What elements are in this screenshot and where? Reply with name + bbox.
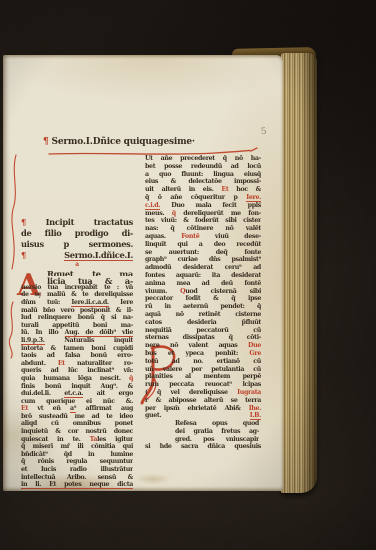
text-line: c.i.d. Duo mala fecit pplś: [145, 202, 261, 210]
pencil-foliation-mark: 5: [260, 127, 267, 138]
text-line: r & abiposse alterū se terra: [145, 397, 261, 405]
body-text: Incipit tractatus: [46, 217, 133, 227]
body-text: eius & delectatōe impossi-: [145, 178, 261, 185]
body-text: graph⁹ curiae dn̄s psalmist⁹: [145, 256, 261, 263]
body-text: q̄ rōnis regula sequuntur: [21, 458, 133, 465]
rubric-pilcrow-icon: ¶: [43, 137, 49, 147]
running-header-title: Sermo.I.Dñice quiquagesime·: [52, 137, 195, 147]
body-text: Abi&: [225, 405, 241, 412]
body-text: sternas dissipatas q̄ cōti-: [145, 334, 261, 341]
body-text: fontes aquarū: ita desiderat: [145, 272, 261, 279]
body-text: naturaliter ro-: [65, 360, 133, 367]
rubricated-text: Gre: [249, 350, 261, 357]
text-line: ¶ Sermo.I.dñice.I.: [21, 250, 133, 261]
body-text: cum querique ei nūc &.: [21, 398, 133, 405]
text-line: eius & delectatōe impossi-: [145, 178, 261, 186]
body-text: nequitiā peccatorū cū: [145, 327, 261, 334]
text-line: in li. Et potes neque dicta: [21, 481, 133, 489]
text-line: uisus p sermones.: [21, 239, 133, 250]
text-line: Refesa opus quod: [175, 420, 259, 428]
rubricated-text: a: [75, 261, 79, 268]
body-text: [161, 412, 249, 419]
body-text: se auertunt: deq̄ fonte: [145, 249, 261, 256]
text-line: nas: q̄ cōtinere nō valēt: [145, 225, 261, 233]
text-line: Et vt eñ a⁹ affirmat aug: [21, 405, 133, 413]
text-line: uit alterū in eis. Et hoc &: [145, 186, 261, 194]
text-line: ¶ Incipit tractatus: [21, 217, 133, 228]
body-text: les igitur: [97, 436, 133, 443]
body-text: Aug. de dōib⁹ vlie: [65, 329, 133, 337]
body-text: ait ergo: [83, 390, 133, 397]
text-line: viuum. Quod cisternā sibi: [145, 288, 261, 296]
text-line: de filio prodigo di-: [21, 228, 133, 239]
body-text: lū. In illo: [21, 329, 65, 336]
body-text: dei gratia fretus ag-: [175, 428, 259, 435]
text-line: cum querique ei nūc &.: [21, 398, 133, 406]
body-text: aquas.: [145, 233, 181, 240]
text-line: gred. pos vniuscapir: [175, 436, 259, 444]
body-text: admodū desiderat ceru⁹ ad: [145, 264, 261, 271]
text-line: aliqd cū omnibus ponet: [21, 420, 133, 428]
text-line: lū. In illo Aug. de dōib⁹ vlie: [21, 329, 133, 337]
body-text: r & abiposse alterū se terra: [145, 397, 261, 404]
text-line: dei gratia fretus ag-: [175, 428, 259, 436]
text-line: de sç maliū & te dereliquisse: [21, 291, 133, 299]
text-line: peccator fodit & q̄ ipse: [145, 295, 261, 303]
rubricated-text: Et: [58, 360, 65, 367]
text-line: intorta & tamen boni cupidi: [21, 345, 133, 353]
body-text: uit alterū in eis.: [145, 186, 221, 193]
rubricated-text: I.B.: [250, 412, 261, 420]
body-text: Naturalis inquit: [45, 337, 133, 344]
text-column-left: ¶ Incipit tractatusde filio prodigo di-u…: [21, 217, 133, 489]
body-text: li.9.p.3.: [21, 337, 45, 345]
body-text: nas: q̄ cōtinere nō valēt: [145, 225, 261, 232]
body-text: uod cisternā sibi: [185, 288, 261, 295]
rubricated-text: Due: [248, 342, 261, 349]
text-line: dn̄m tuū: Iere.ii.c.a.d. Iere: [21, 299, 133, 307]
body-text: peccator fodit & q̄ ipse: [145, 295, 261, 302]
text-line: nere nō valent aquas Due: [145, 342, 261, 350]
body-text: totū ad no. ertianō cū: [145, 358, 261, 365]
text-line: graph⁹ curiae dn̄s psalmist⁹: [145, 256, 261, 264]
body-text: Sermo.I.dñice.I.: [64, 250, 133, 261]
text-line: q̄ miserī mr̄ ili cōmitia qui: [21, 443, 133, 451]
text-line: a: [21, 261, 133, 269]
body-text: Iere.ii.c.a.d.: [71, 299, 108, 307]
body-text: Aug⁹.: [101, 383, 118, 391]
body-text: q̄ ō an̄e cōqueritur p: [145, 194, 246, 201]
body-text: Aribo. sensū &: [67, 474, 133, 482]
body-text: lud relinquere bonū q̄ si na-: [21, 314, 133, 321]
text-line: intellectuā Aribo. sensū &: [21, 474, 133, 482]
text-line: abdunt. Et naturaliter ro-: [21, 360, 133, 368]
text-line: admodū desiderat ceru⁹ ad: [145, 264, 261, 272]
text-line: fontes aquarū: ita desiderat: [145, 272, 261, 280]
body-text: licia tua & a-: [47, 276, 133, 284]
body-text: intorta & tamen boni cupidi: [21, 345, 133, 352]
body-text: q̄ miserī mr̄ ili cōmitia qui: [21, 443, 133, 450]
body-text: et.c.a.: [64, 390, 83, 398]
text-line: si hde sacra dñica quesiuis: [145, 443, 261, 451]
margin-flourish-top: [8, 153, 22, 273]
body-text: ( q̄ vel dereliquisse: [145, 389, 237, 396]
text-line: se auertunt: deq̄ fonte: [145, 249, 261, 257]
body-text: dui.del.li.: [21, 390, 64, 397]
body-text: abdunt.: [21, 360, 58, 367]
body-text: hoc &: [228, 186, 261, 193]
body-text: de sç maliū & te dereliquisse: [21, 291, 133, 298]
body-text: intellectuā: [21, 474, 67, 481]
text-line: Ut an̄e precederet q̄ nō ha-: [145, 155, 261, 163]
text-line: catos desideria p̄fluūt: [145, 319, 261, 327]
body-text: &: [118, 383, 133, 390]
rubricated-text: Iugrata: [237, 389, 261, 396]
text-line: totū ad no. ertianō cū: [145, 358, 261, 366]
body-text: brō susteadū me ad te ideo: [21, 413, 133, 420]
body-text: bet posse redeundū ad locū: [145, 163, 261, 170]
text-line: aquas. Fontē viuū dese-: [145, 233, 261, 241]
body-text: a quo fluunt: lingua eiusq̄: [145, 171, 261, 178]
body-text: aquā nō retinēt cisterne: [145, 311, 261, 318]
body-text: nere nō valent aquas: [145, 342, 248, 349]
text-line: q̄ rōnis regula sequuntur: [21, 458, 133, 466]
body-text: Iere: [109, 299, 133, 306]
body-text: Duo mala fecit pplś: [160, 202, 261, 209]
body-text: guet.: [145, 412, 161, 419]
text-line: turali appetitū boni ma-: [21, 322, 133, 330]
body-text: planities al mentem perpē: [145, 373, 261, 380]
body-text: linquīt qui a deo recedūt: [145, 241, 261, 248]
body-text: et lucis radio illustrātur: [21, 466, 133, 473]
text-line: inquietū & cor nostrū donec: [21, 428, 133, 436]
body-text: uersio tua increpabit te : vn̄: [21, 284, 133, 291]
margin-flourish-bottom: [6, 300, 20, 360]
body-text: tes viuū: & foderūt sibi cister: [145, 217, 261, 224]
body-text: per ipsm̄ ebrietatē: [145, 405, 225, 412]
body-text: queris ad lūc inclinat⁹ vn̄:: [21, 367, 133, 374]
rubricated-text: Iere.: [246, 194, 261, 202]
rubricated-text: Et: [21, 405, 28, 412]
rubricated-text: ¶: [21, 217, 46, 227]
text-line: nequitiā peccatorū cū: [145, 327, 261, 335]
body-text: in li. Et potes neque dicta: [21, 481, 133, 489]
body-text: bus et ypeca penhīt:: [145, 350, 249, 357]
body-text: viuū dese-: [199, 233, 261, 240]
text-line: quia humana lōga nescit. q̄: [21, 375, 133, 383]
body-text: catos desideria p̄fluūt: [145, 319, 261, 326]
body-text: affirmat aug: [76, 405, 133, 412]
text-line: planities al mentem perpē: [145, 373, 261, 381]
body-text: inquietū & cor nostrū donec: [21, 428, 133, 435]
body-text: quiescat in te.: [21, 436, 90, 443]
body-text: rum peccata reuocat⁹ lcipas: [145, 381, 261, 388]
body-text: malū bn̄o vero postponit & il-: [21, 307, 133, 314]
text-line: bus et ypeca penhīt: Gre: [145, 350, 261, 358]
rubricated-text: Ta: [90, 436, 97, 443]
body-text: Refesa opus quod: [175, 420, 259, 427]
rubricated-text: c.i.d.: [145, 202, 160, 210]
body-text: uisus p sermones.: [21, 239, 133, 249]
text-line: bet posse redeundū ad locū: [145, 163, 261, 171]
body-text: bn̄dicāt⁹ q̄d in lumine: [21, 451, 133, 458]
text-line: et lucis radio illustrātur: [21, 466, 133, 474]
text-line: ( q̄ vel dereliquisse Iugrata: [145, 389, 261, 397]
text-line: linquīt qui a deo recedūt: [145, 241, 261, 249]
body-text: dereliquerūt me fon-: [176, 210, 261, 217]
body-text: Rguet te ma: [47, 269, 133, 277]
text-line: q̄ ō an̄e cōqueritur p Iere.: [145, 194, 261, 202]
text-line: aquā nō retinēt cisterne: [145, 311, 261, 319]
text-line: dui.del.li. et.c.a. ait ergo: [21, 390, 133, 398]
text-line: per ipsm̄ ebrietatē Abi& Ihe.: [145, 405, 261, 413]
body-text: finis bonū inquit: [21, 383, 101, 390]
text-line: Rguet te ma: [47, 269, 133, 277]
body-text: si hde sacra dñica quesiuis: [145, 443, 261, 450]
body-text: aliqd cū omnibus ponet: [21, 420, 133, 427]
rubricated-text: q̄: [129, 375, 133, 382]
text-line: taois ad falsa bonū erro-: [21, 352, 133, 360]
body-text: Ut an̄e precederet q̄ nō ha-: [145, 155, 261, 162]
rubricated-text: Ihe.: [249, 405, 261, 413]
text-column-right: Ut an̄e precederet q̄ nō ha-bet posse re…: [145, 155, 261, 451]
text-line: uersio tua increpabit te : vn̄: [21, 284, 133, 292]
text-line: anima mea ad deū fontē: [145, 280, 261, 288]
text-line: brō susteadū me ad te ideo: [21, 413, 133, 421]
rubricated-text: Fontē: [181, 233, 199, 240]
text-line: tes viuū: & foderūt sibi cister: [145, 217, 261, 225]
body-text: viuum.: [145, 288, 180, 295]
text-line: a quo fluunt: lingua eiusq̄: [145, 171, 261, 179]
body-text: rū in aeternū pendet: q̄: [145, 303, 261, 310]
body-text: turali appetitū boni ma-: [21, 322, 133, 329]
text-line: un̄ valere per petulantia cū: [145, 366, 261, 374]
body-text: [241, 405, 249, 412]
body-text: un̄ valere per petulantia cū: [145, 366, 261, 373]
text-line: bn̄dicāt⁹ q̄d in lumine: [21, 451, 133, 459]
text-line: meus. q̄ dereliquerūt me fon-: [145, 210, 261, 218]
body-text: gred. pos vniuscapir: [175, 436, 259, 443]
body-text: taois ad falsa bonū erro-: [21, 352, 133, 359]
body-text: de filio prodigo di-: [21, 228, 133, 238]
body-text: quia humana lōga nescit.: [21, 375, 129, 382]
text-line: sternas dissipatas q̄ cōti-: [145, 334, 261, 342]
body-text: anima mea ad deū fontē: [145, 280, 261, 287]
text-line: licia tua & a-: [47, 276, 133, 284]
text-line: rum peccata reuocat⁹ lcipas: [145, 381, 261, 389]
text-line: guet. I.B.: [145, 412, 261, 420]
text-line: rū in aeternū pendet: q̄: [145, 303, 261, 311]
text-line: li.9.p.3. Naturalis inquit: [21, 337, 133, 345]
rubricated-text: ¶: [21, 250, 64, 260]
text-line: queris ad lūc inclinat⁹ vn̄:: [21, 367, 133, 375]
body-text: meus.: [145, 210, 172, 217]
body-text: vt eñ: [28, 405, 70, 412]
text-line: finis bonū inquit Aug⁹. &: [21, 383, 133, 391]
text-line: lud relinquere bonū q̄ si na-: [21, 314, 133, 322]
book-fore-edge: [281, 53, 317, 493]
body-text: dn̄m tuū:: [21, 299, 71, 306]
text-line: malū bn̄o vero postponit & il-: [21, 307, 133, 315]
text-line: quiescat in te. Tales igitur: [21, 436, 133, 444]
book-page: ¶Sermo.I.Dñice quiquagesime· 5 A ¶ Incip…: [3, 55, 283, 491]
